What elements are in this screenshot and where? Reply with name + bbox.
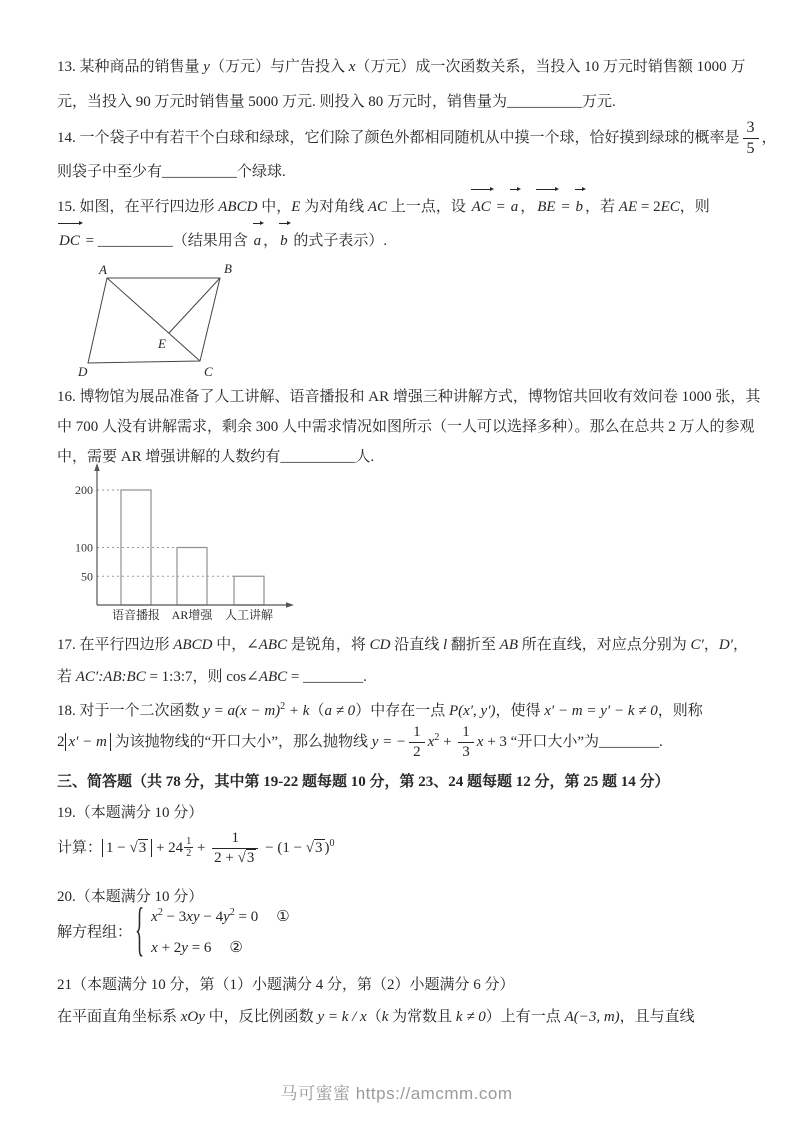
formula-inverse-proportion: y = k / x: [317, 1009, 366, 1025]
var-x: x: [151, 909, 158, 925]
fraction-numerator: 1: [184, 836, 193, 848]
point-a: A(−3, m): [565, 1009, 620, 1025]
text-run: 15. 如图，在平行四边形: [57, 199, 218, 215]
equation-1-tag: ①: [276, 909, 289, 925]
vector-a: a: [252, 224, 264, 258]
text-run: 为该抛物线的“开口大小”，那么抛物线: [111, 734, 372, 750]
text-run: 13. 某种商品的销售量: [57, 59, 203, 75]
fraction-1-over-2-plus-sqrt3: 12 + √3: [212, 829, 258, 868]
text-run: 的式子表示）.: [290, 233, 388, 249]
text-run: 为常数且: [388, 1009, 456, 1025]
text-run: 14. 一个袋子中有若干个白球和绿球，它们除了颜色外都相同随机从中摸一个球，恰好…: [57, 130, 740, 146]
x-axis-arrow: [286, 602, 294, 607]
equation-1: x2 − 3xy − 4y2 = 0①: [151, 908, 290, 928]
var-ac: AC: [368, 199, 387, 215]
segment-BE: [169, 278, 220, 333]
label-E: E: [157, 336, 166, 351]
text-run: （万元）成一次函数关系，当投入 10 万元时销售额 1000 万: [355, 59, 745, 75]
var-xy: xy: [186, 909, 199, 925]
bar-human-guide: [234, 576, 264, 605]
var-x: x: [151, 940, 158, 956]
var-ae: AE: [619, 199, 637, 215]
question-15-line-2: DC = __________（结果用含 a，b 的式子表示）.: [57, 224, 387, 258]
equation-2-tag: ②: [229, 940, 242, 956]
label-B: B: [224, 261, 232, 276]
text-run: ，若: [585, 199, 619, 215]
radical-sign: √: [129, 840, 137, 856]
condition-k-nonzero: k ≠ 0: [456, 1009, 486, 1025]
text-run: 中，∠: [212, 637, 258, 653]
vector-BE: BE: [535, 190, 557, 224]
question-20-system: 解方程组：{x2 − 3xy − 4y2 = 0①x + 2y = 6②: [57, 908, 290, 958]
text-run: 16. 博物馆为展品准备了人工讲解、语音播报和 AR 增强三种讲解方式，博物馆共…: [57, 389, 760, 405]
text-run: 在平面直角坐标系: [57, 1009, 181, 1025]
text-run: + 2: [158, 940, 181, 956]
sqrt-3: √3: [238, 849, 257, 866]
ratio-expression: AC′:AB:BC: [76, 669, 146, 685]
text-run: + 24: [152, 840, 183, 856]
ytick-100: 100: [75, 541, 93, 555]
text-run: − 3: [163, 909, 186, 925]
text-run: ，: [704, 637, 719, 653]
plus-sign: +: [439, 734, 455, 750]
text-run: ，: [733, 637, 748, 653]
var-xoy: xOy: [181, 1009, 205, 1025]
text-run: − (1 −: [261, 840, 305, 856]
site-watermark: 马可蜜蜜 https://amcmm.com: [0, 1079, 793, 1104]
var-c-prime: C′: [691, 637, 704, 653]
var-abcd: ABCD: [173, 637, 212, 653]
vector-DC: DC: [57, 224, 82, 258]
fraction-denominator: 2 + √3: [212, 849, 258, 868]
section-3-header: 三、简答题（共 78 分，其中第 19-22 题每题 10 分，第 23、24 …: [57, 765, 670, 799]
radical-sign: √: [306, 840, 314, 856]
fraction-3-5: 35: [743, 118, 759, 159]
text-run: 则袋子中至少有__________个绿球.: [57, 164, 286, 180]
var-d-prime: D′: [719, 637, 733, 653]
question-18-line-2: 2x′ − m 为该抛物线的“开口大小”，那么抛物线 y = −12x2 + 1…: [57, 716, 663, 768]
exponent-0: 0: [330, 838, 335, 849]
question-17-line-2: 若 AC′:AB:BC = 1:3:7，则 cos∠ABC = ________…: [57, 660, 367, 694]
text-run: ，: [762, 130, 777, 146]
question-15-line-1: 15. 如图，在平行四边形 ABCD 中，E 为对角线 AC 上一点，设 AC …: [57, 190, 710, 224]
absolute-value-expression: 1 − √3: [102, 839, 152, 857]
absolute-value-expression: x′ − m: [65, 733, 111, 751]
fraction-denominator: 5: [743, 139, 759, 159]
var-y: y: [203, 59, 210, 75]
text-run: ，则称: [658, 703, 703, 719]
text-run: （万元）与广告投入: [210, 59, 349, 75]
question-21-header: 21（本题满分 10 分，第（1）小题满分 4 分，第（2）小题满分 6 分）: [57, 968, 515, 1002]
text-run: =: [493, 199, 509, 215]
vector-b: b: [278, 224, 290, 258]
vector-AC: AC: [470, 190, 493, 224]
var-cd: CD: [370, 637, 391, 653]
bar-voice-broadcast: [121, 490, 151, 605]
text-run: ，: [263, 233, 278, 249]
ytick-200: 200: [75, 483, 93, 497]
y-axis-arrow: [94, 463, 99, 471]
text-run: 中，反比例函数: [205, 1009, 318, 1025]
text-run: 19.（本题满分 10 分）: [57, 805, 203, 821]
category-human-guide: 人工讲解: [225, 607, 273, 622]
text-run: = 1:3:7，则 cos∠: [146, 669, 259, 685]
radicand: 3: [246, 849, 257, 866]
label-C: C: [204, 364, 213, 379]
var-e: E: [291, 199, 300, 215]
ytick-50: 50: [81, 569, 93, 583]
sqrt-3: √3: [129, 839, 148, 856]
question-19-expression: 计算：1 − √3 + 2412 + 12 + √3 − (1 − √3)0: [57, 820, 335, 876]
var-abc: ABC: [259, 637, 287, 653]
question-16-line-1: 16. 博物馆为展品准备了人工讲解、语音播报和 AR 增强三种讲解方式，博物馆共…: [57, 380, 760, 414]
vector-a: a: [509, 190, 521, 224]
text-run: 所在直线，对应点分别为: [518, 637, 691, 653]
text-run: 17. 在平行四边形: [57, 637, 173, 653]
watermark-text: 马可蜜蜜 https://amcmm.com: [280, 1084, 512, 1103]
plus-sign: +: [193, 840, 209, 856]
text-run: 1 −: [106, 840, 129, 856]
question-17-line-1: 17. 在平行四边形 ABCD 中，∠ABC 是锐角，将 CD 沿直线 l 翻折…: [57, 628, 748, 662]
exponent-fraction-1-2: 12: [184, 836, 193, 859]
vector-b: b: [574, 190, 586, 224]
fraction-denominator: 2: [409, 743, 425, 762]
text-run: 21（本题满分 10 分，第（1）小题满分 4 分，第（2）小题满分 6 分）: [57, 977, 515, 993]
text-run: 翻折至: [447, 637, 500, 653]
text-run: ）上有一点: [486, 1009, 565, 1025]
bar-chart: 200 100 50 语音播报 AR增强 人工讲解: [57, 462, 297, 624]
var-ec: EC: [661, 199, 680, 215]
fraction-numerator: 1: [212, 829, 258, 849]
text-run: − 4: [200, 909, 223, 925]
sqrt-3: √3: [306, 839, 325, 856]
radical-sign: √: [238, 850, 246, 866]
text-run: ，且与直线: [620, 1009, 695, 1025]
fraction-denominator: 3: [458, 743, 474, 762]
text-run: 为对角线: [300, 199, 368, 215]
text-run: （: [367, 1009, 382, 1025]
category-voice-broadcast: 语音播报: [112, 607, 160, 622]
text-run: ，则: [680, 199, 710, 215]
text-run: 若: [57, 669, 76, 685]
category-ar-enhanced: AR增强: [172, 608, 214, 622]
radicand: 3: [138, 839, 149, 856]
question-14-line-2: 则袋子中至少有__________个绿球.: [57, 155, 286, 189]
exam-page: { "q13": { "l1a": "13. 某种商品的销售量 ", "l1b"…: [0, 0, 793, 1122]
label-A: A: [98, 262, 107, 277]
text-run: = 6: [188, 940, 211, 956]
text-run: = ________.: [287, 669, 367, 685]
solve-label: 解方程组：: [57, 924, 132, 940]
text-run: ，: [520, 199, 535, 215]
radicand: 3: [314, 839, 325, 856]
formula-parabola: y = −: [372, 734, 406, 750]
question-21-line-2: 在平面直角坐标系 xOy 中，反比例函数 y = k / x（k 为常数且 k …: [57, 1000, 695, 1034]
var-abc: ABC: [259, 669, 287, 685]
text-run: = __________（结果用含: [82, 233, 252, 249]
compute-label: 计算：: [57, 840, 102, 856]
text-run: 中，: [257, 199, 291, 215]
question-13-line-1: 13. 某种商品的销售量 y（万元）与广告投入 x（万元）成一次函数关系，当投入…: [57, 50, 745, 84]
text-run: 2 +: [214, 850, 237, 866]
fraction-1-3: 13: [458, 723, 474, 762]
fraction-1-2: 12: [409, 723, 425, 762]
question-16-line-2: 中 700 人没有讲解需求，剩余 300 人中需求情况如图所示（一人可以选择多种…: [57, 410, 755, 444]
text-run: 上一点，设: [387, 199, 470, 215]
diagonal-AC: [107, 278, 200, 361]
text-run: + 3: [483, 734, 506, 750]
equation-2: x + 2y = 6②: [151, 939, 290, 959]
var-ab: AB: [500, 637, 518, 653]
text-run: 三、简答题（共 78 分，其中第 19-22 题每题 10 分，第 23、24 …: [57, 774, 670, 790]
text-run: 中 700 人没有讲解需求，剩余 300 人中需求情况如图所示（一人可以选择多种…: [57, 419, 755, 435]
fraction-numerator: 1: [409, 723, 425, 743]
fraction-numerator: 1: [458, 723, 474, 743]
fraction-denominator: 2: [184, 848, 193, 859]
text-run: = 2: [637, 199, 660, 215]
text-run: =: [558, 199, 574, 215]
fraction-numerator: 3: [743, 118, 759, 139]
var-y: y: [181, 940, 188, 956]
text-run: 是锐角，将: [287, 637, 370, 653]
var-abcd: ABCD: [218, 199, 257, 215]
label-D: D: [77, 364, 88, 379]
var-y: y: [223, 909, 230, 925]
text-run: “开口大小”为________.: [507, 734, 663, 750]
text-run: = 0: [235, 909, 258, 925]
text-run: 沿直线: [390, 637, 443, 653]
parallelogram-figure: A B C D E: [66, 260, 246, 382]
coefficient-2: 2: [57, 734, 65, 750]
text-run: 元，当投入 90 万元时销售量 5000 万元. 则投入 80 万元时，销售量为…: [57, 94, 616, 110]
text-run: 20.（本题满分 10 分）: [57, 889, 203, 905]
equation-system: x2 − 3xy − 4y2 = 0①x + 2y = 6②: [151, 908, 290, 958]
